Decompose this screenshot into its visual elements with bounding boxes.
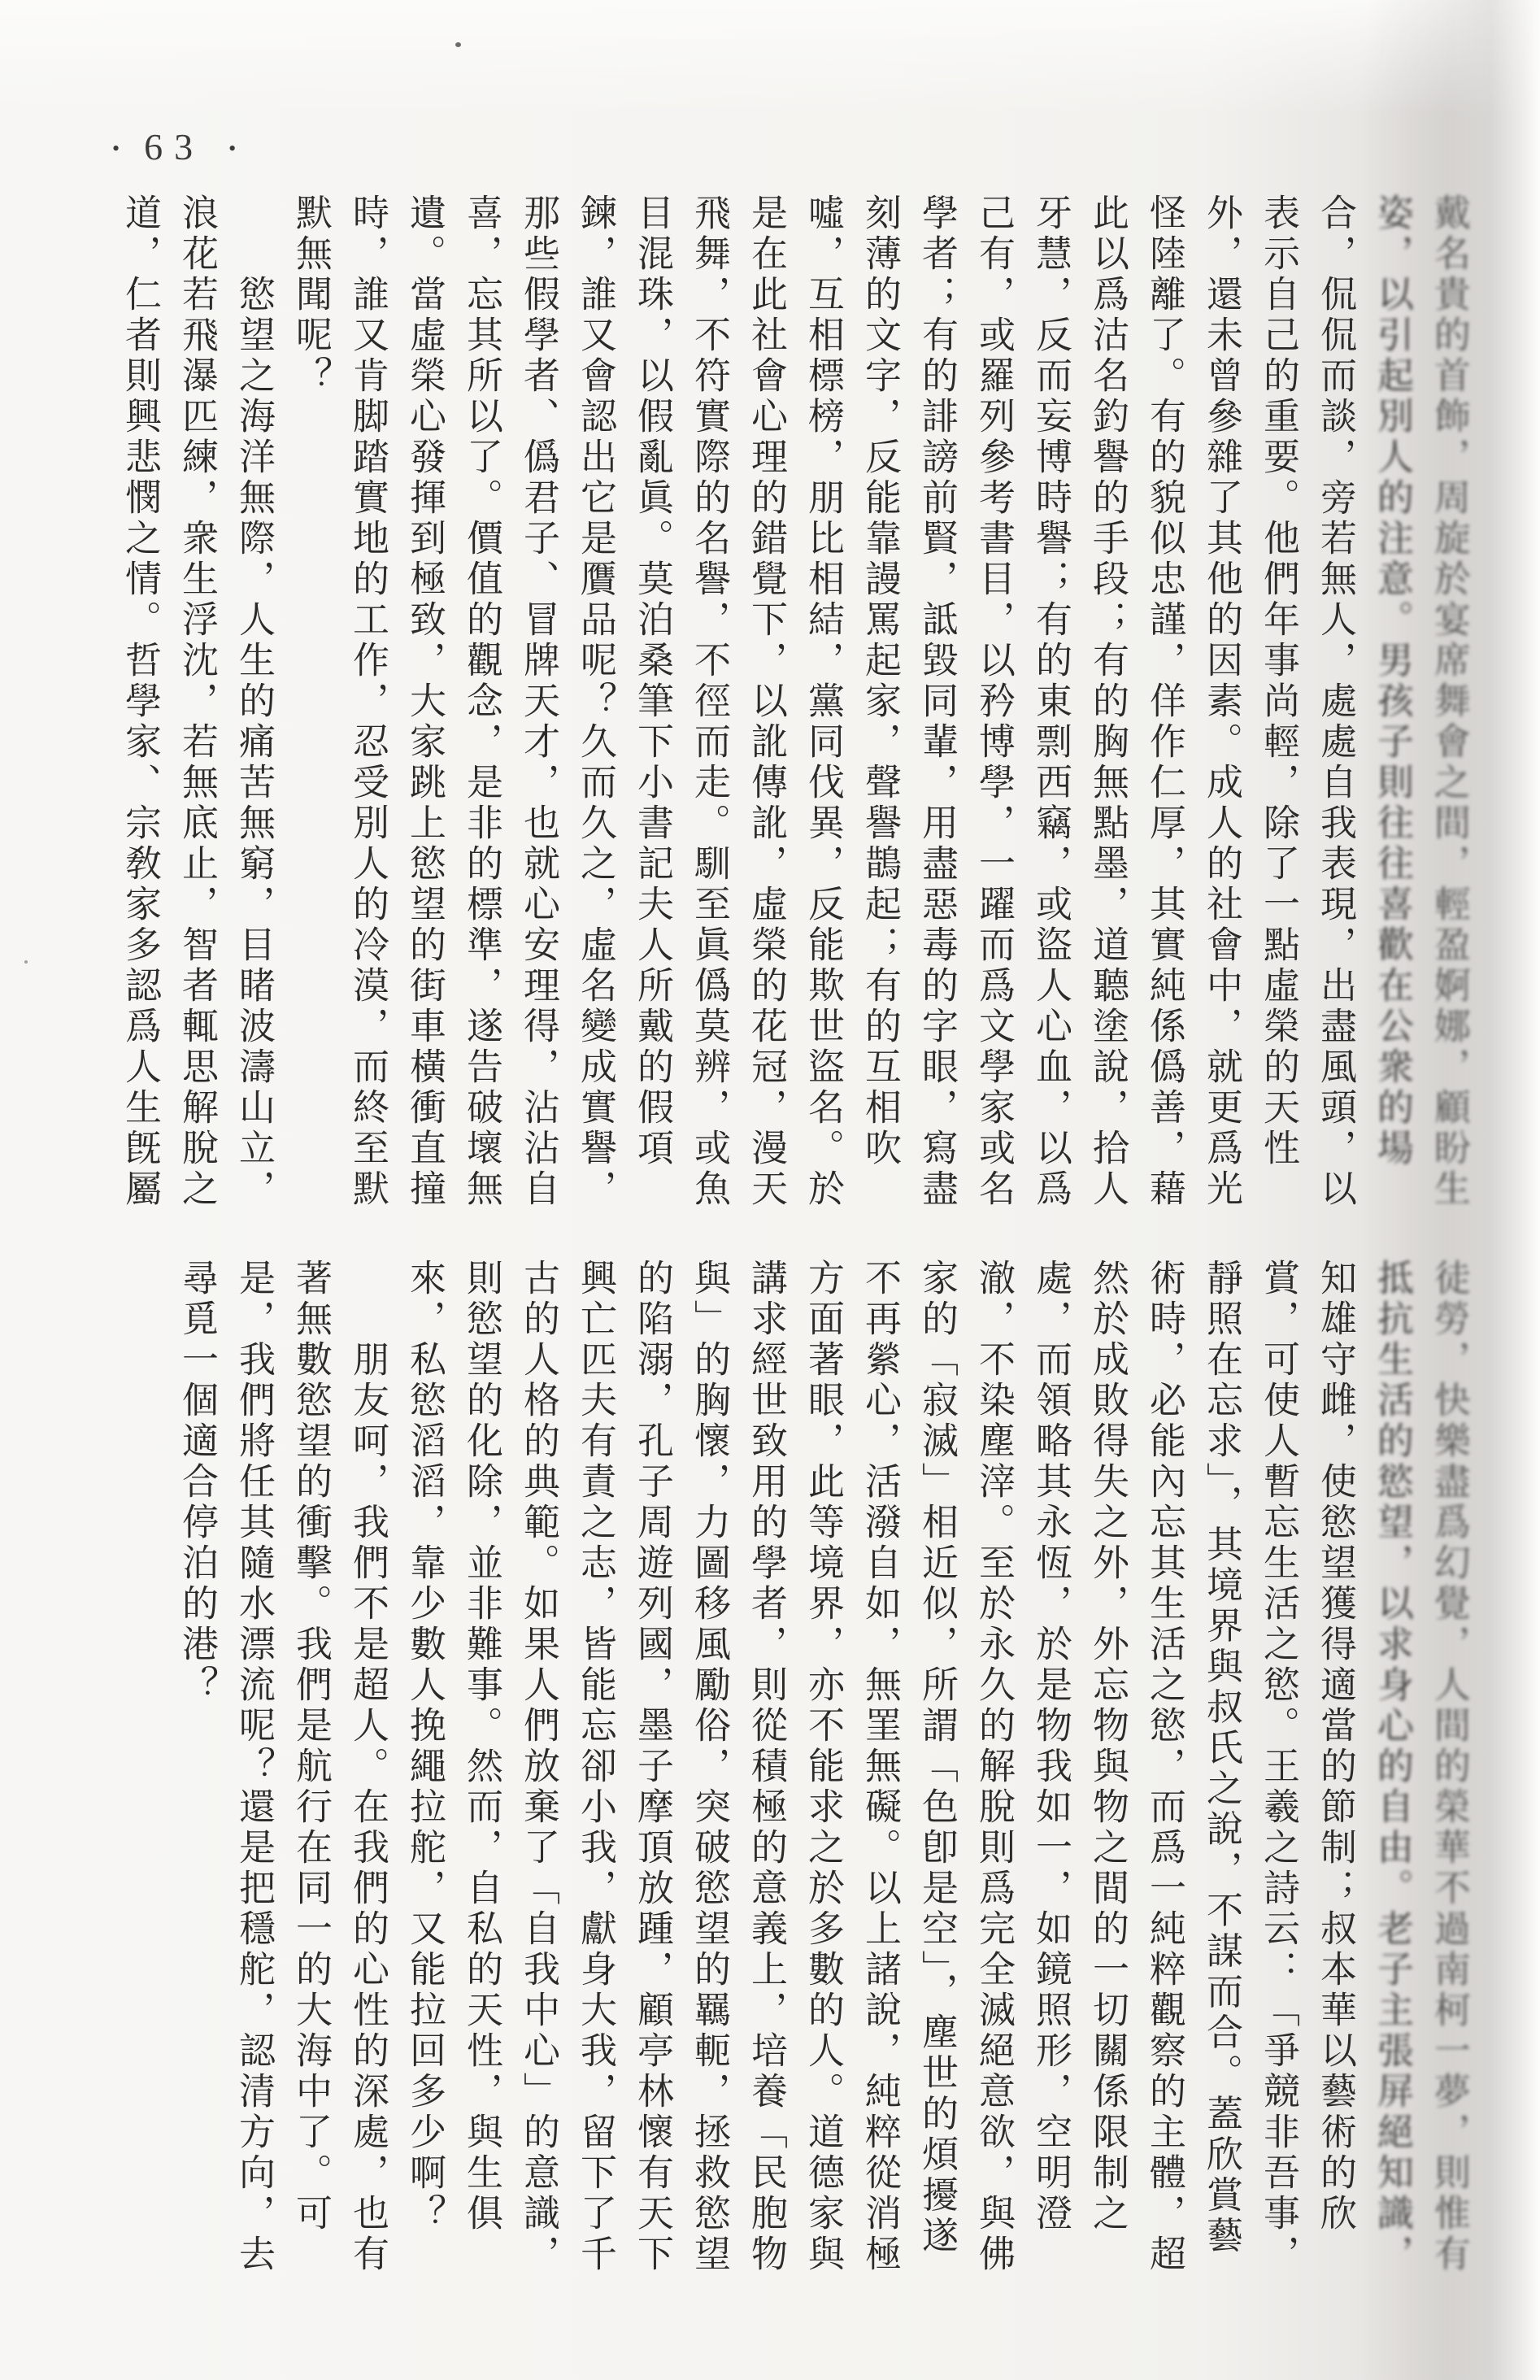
paragraph-desire-ocean-end: 徒勞，快樂盡爲幻覺，人間的榮華不過南柯一夢，則惟有抵抗生活的慾望，以求身心的自由… xyxy=(396,1259,1477,2277)
scan-light-edge xyxy=(0,0,1540,114)
paragraph-desire-ocean-start: 慾望之海洋無際，人生的痛苦無窮，目睹波濤山立，浪花若飛瀑匹練，衆生浮沈，若無底止… xyxy=(111,194,282,1220)
scan-speck xyxy=(455,42,461,47)
page-number-value: 63 xyxy=(144,128,204,166)
paragraph-friend-closing: 朋友呵，我們不是超人。在我們的心性的深處，也有著無數慾望的衝擊。我們是航行在同一… xyxy=(168,1259,396,2277)
page-number: • 63 • xyxy=(112,128,236,166)
page-number-dot-left: • xyxy=(112,138,120,159)
text-band-lower: 徒勞，快樂盡爲幻覺，人間的榮華不過南柯一夢，則惟有抵抗生活的慾望，以求身心的自由… xyxy=(95,1259,1477,2277)
paragraph-vanity-continued: 戴名貴的首飾，周旋於宴席舞會之間，輕盈婀娜，顧盼生姿，以引起別人的注意。男孩子則… xyxy=(282,194,1477,1220)
text-band-upper: 戴名貴的首飾，周旋於宴席舞會之間，輕盈婀娜，顧盼生姿，以引起別人的注意。男孩子則… xyxy=(95,194,1477,1220)
book-page-scan: • 63 • 戴名貴的首飾，周旋於宴席舞會之間，輕盈婀娜，顧盼生姿，以引起別人的… xyxy=(0,0,1540,2380)
scan-speck xyxy=(24,960,28,964)
page-number-dot-right: • xyxy=(228,138,236,159)
